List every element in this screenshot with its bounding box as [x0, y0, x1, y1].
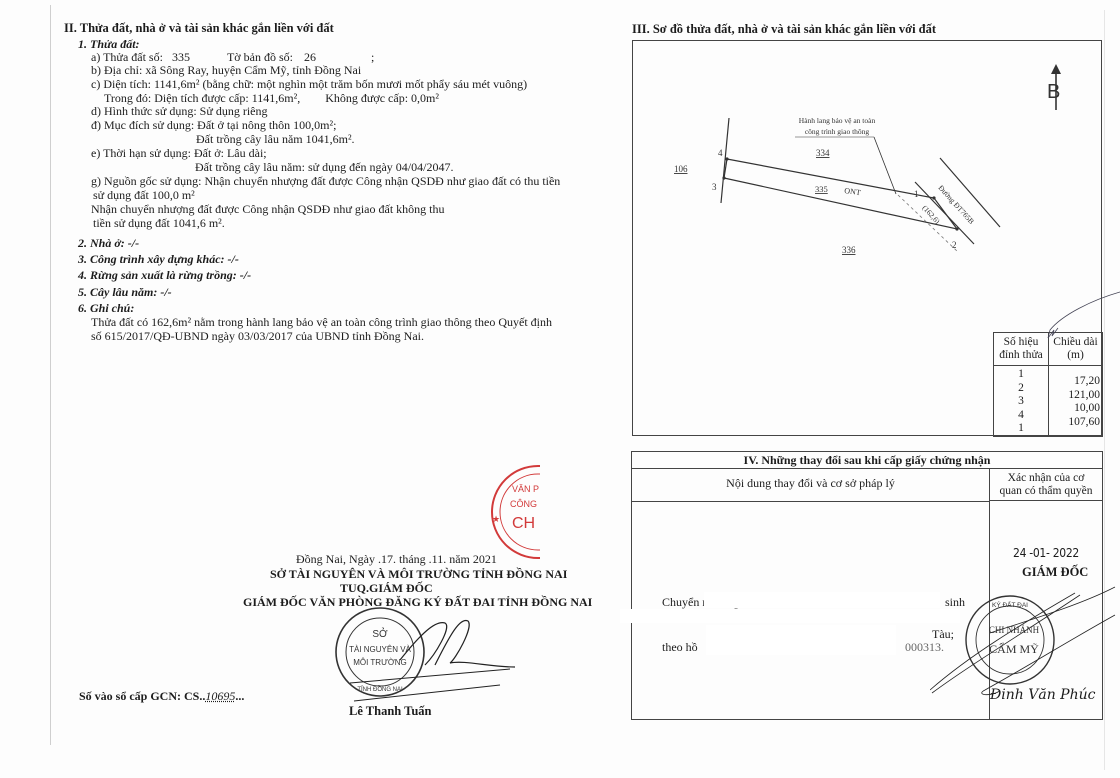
- registry-suffix: ...: [235, 689, 244, 703]
- svg-text:335: 335: [815, 184, 828, 194]
- svg-text:2: 2: [952, 240, 957, 250]
- issuing-agency: SỞ TÀI NGUYÊN VÀ MÔI TRƯỜNG TỈNH ĐỒNG NA…: [270, 567, 567, 582]
- parcel-number-suffix: ;: [371, 50, 374, 64]
- section-ii-title: II. Thửa đất, nhà ở và tài sản khác gắn …: [64, 21, 334, 36]
- svg-text:SỞ: SỞ: [372, 627, 388, 640]
- on-behalf-of: TUQ.GIÁM ĐỐC: [340, 581, 433, 596]
- map-sheet-label: Tờ bản đồ số:: [227, 50, 293, 64]
- map-sheet-value: 26: [304, 50, 316, 64]
- svg-text:4: 4: [718, 148, 723, 158]
- page-edge: [50, 5, 51, 745]
- svg-text:1: 1: [914, 189, 919, 199]
- section-iv-title: IV. Những thay đổi sau khi cấp giấy chứn…: [632, 452, 1102, 469]
- svg-text:ONT: ONT: [844, 186, 862, 197]
- registry-number-row: Số vào sổ cấp GCN: CS..10695...: [79, 689, 244, 704]
- notes-text: Thửa đất có 162,6m² nằm trong hành lang …: [91, 316, 552, 329]
- registry-number: 10695: [205, 689, 235, 703]
- signer-name: Lê Thanh Tuấn: [349, 704, 431, 719]
- svg-text:Đường ĐT765B: Đường ĐT765B: [937, 183, 977, 225]
- authority-confirmation-header: Xác nhận của cơ quan có thẩm quyền: [990, 469, 1102, 501]
- svg-text:334: 334: [816, 148, 830, 158]
- usage-origin-2: sử dụng đất 100,0 m²: [93, 189, 195, 202]
- confirmation-title: GIÁM ĐỐC: [1022, 565, 1088, 580]
- svg-text:Hành lang bảo vệ an toàn: Hành lang bảo vệ an toàn: [799, 116, 876, 125]
- registry-label: Số vào sổ cấp GCN: CS..: [79, 689, 205, 703]
- usage-origin-4: tiền sử dụng đất 1041,6 m².: [93, 217, 225, 230]
- ministry-seal: SỞ TÀI NGUYÊN VÀ MÔI TRƯỜNG TỈNH ĐỒNG NA…: [330, 605, 530, 705]
- north-arrow-icon: B: [1047, 64, 1061, 110]
- change-entry-line-3: theo hồ: [662, 641, 698, 654]
- parcel-number-label: a) Thửa đất số:: [91, 50, 163, 64]
- notes-heading: 6. Ghi chú:: [78, 301, 134, 316]
- usage-origin: g) Nguồn gốc sử dụng: Nhận chuyển nhượng…: [91, 175, 560, 188]
- parcel-address: b) Địa chỉ: xã Sông Ray, huyện Cẩm Mỹ, t…: [91, 64, 361, 77]
- issue-date: Đồng Nai, Ngày .17. tháng .11. năm 2021: [296, 553, 497, 566]
- usage-term: e) Thời hạn sử dụng: Đất ở: Lâu dài;: [91, 147, 267, 160]
- house-heading: 2. Nhà ở: -/-: [78, 236, 139, 251]
- confirmation-signer: Đinh Văn Phúc: [990, 687, 1095, 703]
- svg-text:106: 106: [674, 164, 688, 174]
- usage-purpose: đ) Mục đích sử dụng: Đất ở tại nông thôn…: [91, 119, 336, 132]
- svg-text:KÝ ĐẤT ĐAI: KÝ ĐẤT ĐAI: [992, 599, 1028, 609]
- section-iii-title: III. Sơ đồ thửa đất, nhà ở và tài sản kh…: [632, 22, 936, 37]
- usage-origin-3: Nhận chuyển nhượng đất được Công nhận QS…: [91, 203, 445, 216]
- redaction-box: [706, 625, 896, 655]
- svg-text:MÔI TRƯỜNG: MÔI TRƯỜNG: [353, 658, 407, 667]
- signature-mark: [1022, 290, 1120, 340]
- redaction-box: [704, 592, 940, 608]
- vertex-length-table: Số hiệu đỉnh thửa Chiều dài (m) 1 2 3 4 …: [993, 332, 1103, 437]
- changes-content-header: Nội dung thay đổi và cơ sở pháp lý: [632, 469, 989, 502]
- svg-text:B: B: [1047, 81, 1060, 103]
- svg-text:TỈNH ĐỒNG NAI: TỈNH ĐỒNG NAI: [357, 686, 403, 693]
- svg-text:CH: CH: [512, 515, 535, 532]
- svg-text:công trình giao thông: công trình giao thông: [805, 127, 870, 136]
- svg-text:TÀI NGUYÊN VÀ: TÀI NGUYÊN VÀ: [349, 645, 411, 654]
- svg-text:CẨM MỸ: CẨM MỸ: [989, 641, 1039, 656]
- vertex-id-column: 1 2 3 4 1: [994, 366, 1049, 437]
- production-forest-heading: 4. Rừng sản xuất là rừng trồng: -/-: [78, 268, 251, 283]
- area-granted: Trong đó: Diện tích được cấp: 1141,6m²,: [104, 91, 300, 105]
- area-not-granted: Không được cấp: 0,0m²: [325, 91, 439, 105]
- svg-text:3: 3: [712, 182, 717, 192]
- notes-text-2: số 615/2017/QĐ-UBND ngày 03/03/2017 của …: [91, 330, 424, 343]
- svg-text:336: 336: [842, 245, 856, 255]
- confirmation-date: 24 -01- 2022: [1013, 546, 1079, 560]
- parcel-number-value: 335: [172, 50, 190, 64]
- other-construction-heading: 3. Công trình xây dựng khác: -/-: [78, 252, 239, 267]
- length-column: 17,20 121,00 10,00 107,60: [1049, 366, 1103, 437]
- usage-form: d) Hình thức sử dụng: Sử dụng riêng: [91, 105, 268, 118]
- svg-text:CÔNG: CÔNG: [510, 499, 537, 509]
- perennial-trees-heading: 5. Cây lâu năm: -/-: [78, 285, 172, 300]
- parcel-area: c) Diện tích: 1141,6m² (bằng chữ: một ng…: [91, 78, 527, 91]
- redaction-box: [620, 609, 960, 623]
- svg-text:VĂN P: VĂN P: [512, 484, 539, 494]
- usage-term-2: Đất trồng cây lâu năm: sử dụng đến ngày …: [195, 161, 453, 174]
- svg-text:★: ★: [492, 514, 500, 524]
- usage-purpose-2: Đất trồng cây lâu năm 1041,6m².: [196, 133, 355, 146]
